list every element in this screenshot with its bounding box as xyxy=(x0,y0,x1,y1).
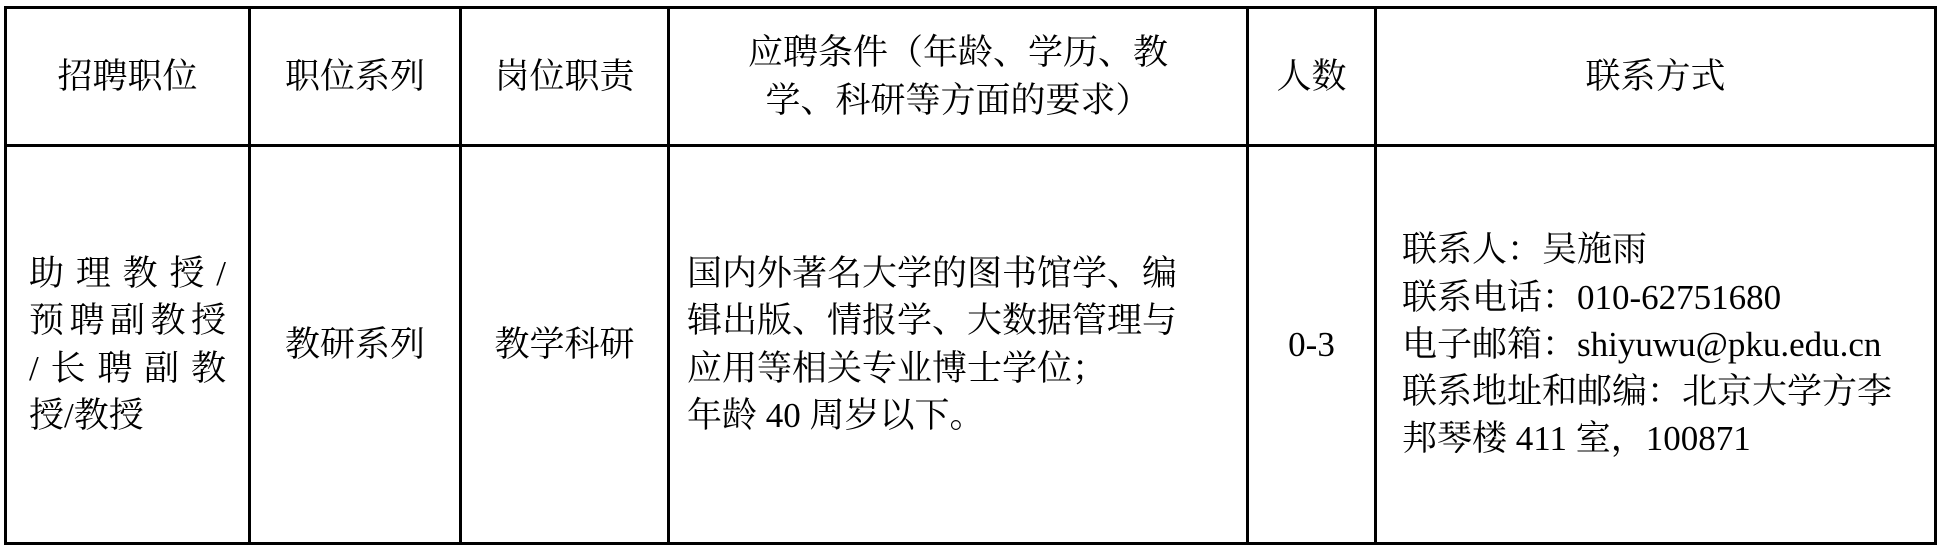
header-contact: 联系方式 xyxy=(1376,8,1936,146)
header-condition: 应聘条件（年龄、学历、教 学、科研等方面的要求） xyxy=(669,8,1248,146)
cell-position: 助理教授/ 预聘副教授 /长聘副教 授/教授 xyxy=(6,146,250,544)
recruitment-table: 招聘职位 职位系列 岗位职责 应聘条件（年龄、学历、教 学、科研等方面的要求） … xyxy=(4,6,1937,545)
cell-condition: 国内外著名大学的图书馆学、编 辑出版、情报学、大数据管理与 应用等相关专业博士学… xyxy=(669,146,1248,544)
header-series: 职位系列 xyxy=(250,8,461,146)
header-row: 招聘职位 职位系列 岗位职责 应聘条件（年龄、学历、教 学、科研等方面的要求） … xyxy=(6,8,1936,146)
header-headcount: 人数 xyxy=(1248,8,1376,146)
position-line-1: 助理教授/ xyxy=(29,250,226,297)
position-line-3: /长聘副教 xyxy=(29,345,226,392)
position-line-4: 授/教授 xyxy=(29,392,226,439)
table-row: 助理教授/ 预聘副教授 /长聘副教 授/教授 教研系列 教学科研 国内外著名大学… xyxy=(6,146,1936,544)
cell-duty: 教学科研 xyxy=(461,146,669,544)
cell-headcount: 0-3 xyxy=(1248,146,1376,544)
header-position: 招聘职位 xyxy=(6,8,250,146)
header-duty: 岗位职责 xyxy=(461,8,669,146)
cell-series: 教研系列 xyxy=(250,146,461,544)
cell-contact: 联系人：吴施雨 联系电话：010-62751680 电子邮箱：shiyuwu@p… xyxy=(1376,146,1936,544)
page: 招聘职位 职位系列 岗位职责 应聘条件（年龄、学历、教 学、科研等方面的要求） … xyxy=(0,0,1938,545)
position-line-2: 预聘副教授 xyxy=(29,297,226,344)
